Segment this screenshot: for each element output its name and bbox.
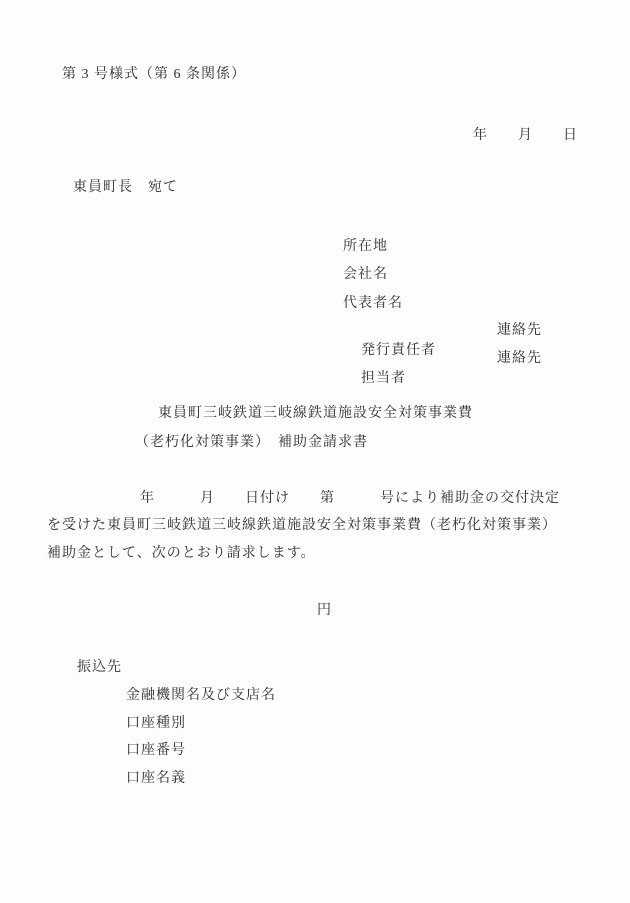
document-title-line1: 東員町三岐鉄道三岐線鉄道施設安全対策事業費 <box>158 404 473 424</box>
date-line: 年 月 日 <box>473 126 578 146</box>
transfer-field-account-type: 口座種別 <box>126 714 186 734</box>
sender-address-label: 所在地 <box>343 237 388 257</box>
body-line3: 補助金として、次のとおり請求します。 <box>47 544 316 564</box>
document-page: 第 3 号様式（第 6 条関係） 年 月 日 東員町長 宛て 所在地 会社名 代… <box>0 0 630 903</box>
body-line2: を受けた東員町三岐鉄道三岐線鉄道施設安全対策事業費（老朽化対策事業） <box>47 516 557 536</box>
amount-unit: 円 <box>317 601 332 621</box>
form-number: 第 3 号様式（第 6 条関係） <box>62 65 246 85</box>
body-line1: 年 月 日付け 第 号により補助金の交付決定 <box>140 489 560 509</box>
addressee: 東員町長 宛て <box>73 178 178 198</box>
sender-company-label: 会社名 <box>343 265 388 285</box>
sender-representative-label: 代表者名 <box>343 294 403 314</box>
staff-label: 担当者 <box>361 371 406 386</box>
issuer-contact-label: 連絡先 <box>497 321 542 341</box>
transfer-field-account-number: 口座番号 <box>126 741 186 761</box>
transfer-field-bank-name: 金融機関名及び支店名 <box>126 686 276 706</box>
document-title-line2: （老朽化対策事業） 補助金請求書 <box>135 433 368 453</box>
transfer-field-account-holder: 口座名義 <box>126 769 186 789</box>
transfer-heading: 振込先 <box>77 658 122 678</box>
staff-contact-label: 連絡先 <box>497 349 542 369</box>
